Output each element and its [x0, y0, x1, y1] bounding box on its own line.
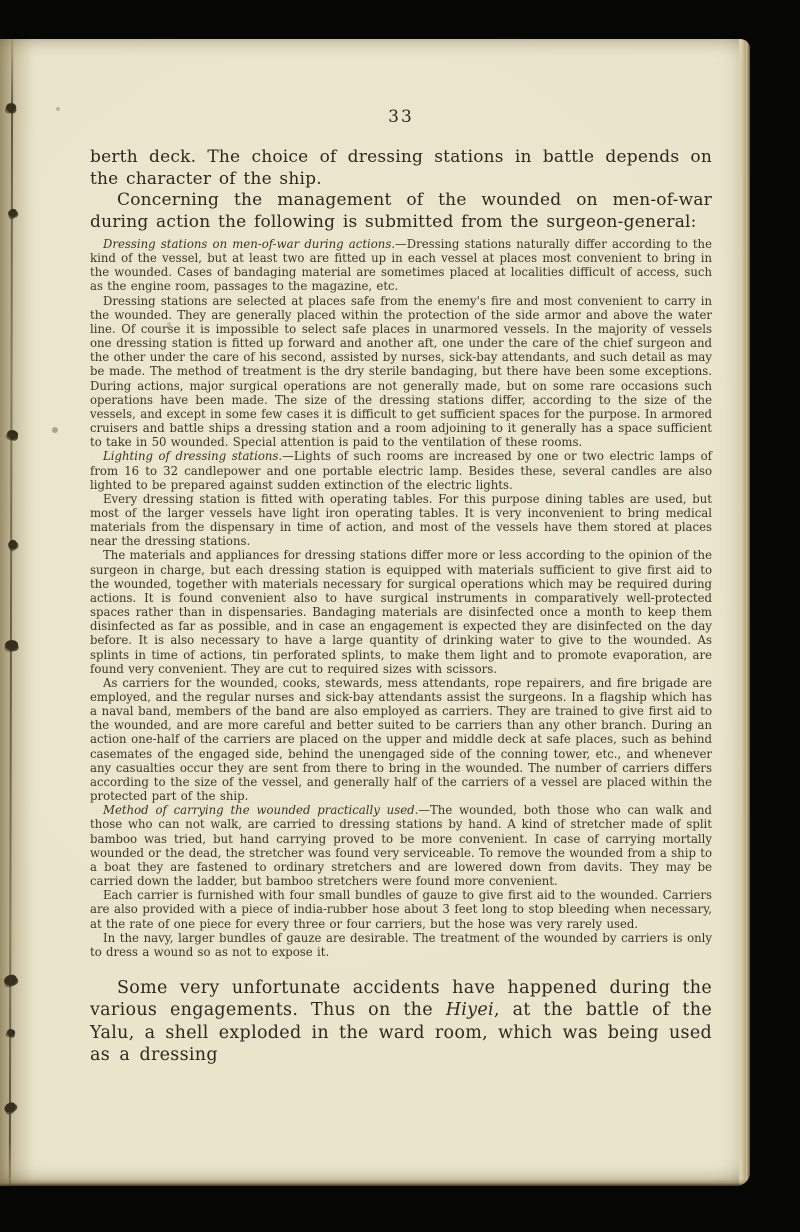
intro-text: berth deck. The choice of dressing stati… — [90, 147, 712, 233]
closing-text: Some very unfortunate accidents have hap… — [90, 977, 712, 1067]
paragraph: Every dressing station is fitted with op… — [90, 492, 712, 549]
paragraph: Dressing stations are selected at places… — [90, 294, 712, 450]
paragraph: berth deck. The choice of dressing stati… — [90, 147, 712, 190]
paragraph: The materials and appliances for dressin… — [90, 548, 712, 675]
page-content: 33 berth deck. The choice of dressing st… — [0, 39, 750, 1067]
book-page: 33 berth deck. The choice of dressing st… — [0, 39, 750, 1186]
paragraph: Concerning the management of the wounded… — [90, 190, 712, 233]
paragraph: Some very unfortunate accidents have hap… — [90, 977, 712, 1067]
paragraph: Each carrier is furnished with four smal… — [90, 888, 712, 930]
page-bottom-edge-shadow — [0, 1179, 750, 1186]
screenshot-root: { "colors": { "backdrop": "#060605", "pa… — [0, 0, 800, 1232]
book-photo-background: 33 berth deck. The choice of dressing st… — [0, 0, 800, 1232]
paragraph: Method of carrying the wounded practical… — [90, 803, 712, 888]
surgeon-general-report: Dressing stations on men-of-war during a… — [90, 237, 712, 959]
paragraph: Dressing stations on men-of-war during a… — [90, 237, 712, 294]
paragraph: In the navy, larger bundles of gauze are… — [90, 931, 712, 959]
paragraph: As carriers for the wounded, cooks, stew… — [90, 676, 712, 803]
page-number: 33 — [90, 107, 712, 127]
paragraph: Lighting of dressing stations.—Lights of… — [90, 449, 712, 491]
